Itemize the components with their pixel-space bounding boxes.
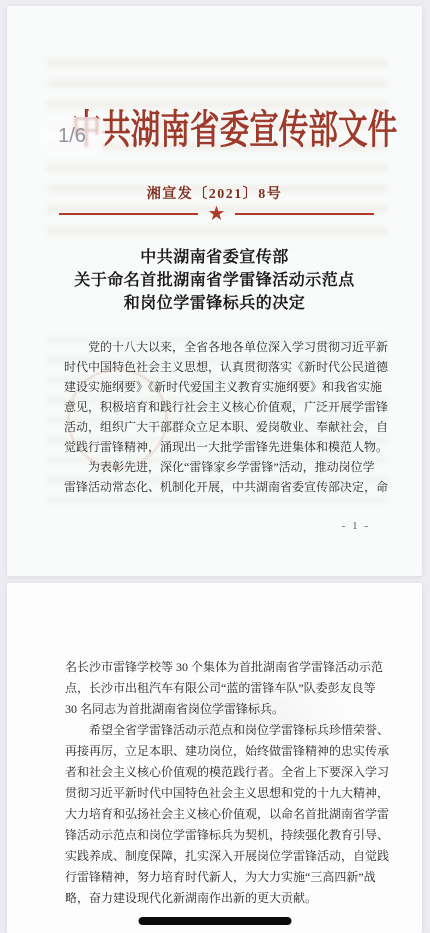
rule-bar-left (59, 213, 198, 215)
letterhead-title-text: 中共湖南省委宣传部文件 (72, 98, 398, 155)
page1-page-number: - 1 - (342, 520, 370, 532)
home-indicator[interactable] (139, 917, 292, 925)
page-indicator-badge: 1/6 (39, 117, 105, 155)
document-page-1[interactable]: 中共湖南省委宣传部文件 湘宣发〔2021〕8号 ★ 中共湖南省委宣传部 关于命名… (7, 6, 422, 576)
page2-body-text: 名长沙市雷锋学校等 30 个集体为首批湖南省学雷锋活动示范 点，长沙市出租汽车有… (65, 657, 389, 909)
red-star-icon: ★ (208, 204, 226, 224)
red-divider-rule: ★ (59, 202, 374, 226)
rule-bar-right (235, 213, 374, 215)
page1-body-text: 党的十八大以来，全省各地各单位深入学习贯彻习近平新 时代中国特色社会主义思想，认… (64, 337, 388, 497)
document-number: 湘宣发〔2021〕8号 (7, 183, 422, 203)
document-viewer: 中共湖南省委宣传部文件 湘宣发〔2021〕8号 ★ 中共湖南省委宣传部 关于命名… (0, 0, 430, 933)
document-heading: 中共湖南省委宣传部 关于命名首批湖南省学雷锋活动示范点 和岗位学雷锋标兵的决定 (7, 246, 422, 315)
document-page-2[interactable]: 名长沙市雷锋学校等 30 个集体为首批湖南省学雷锋活动示范 点，长沙市出租汽车有… (7, 583, 422, 933)
